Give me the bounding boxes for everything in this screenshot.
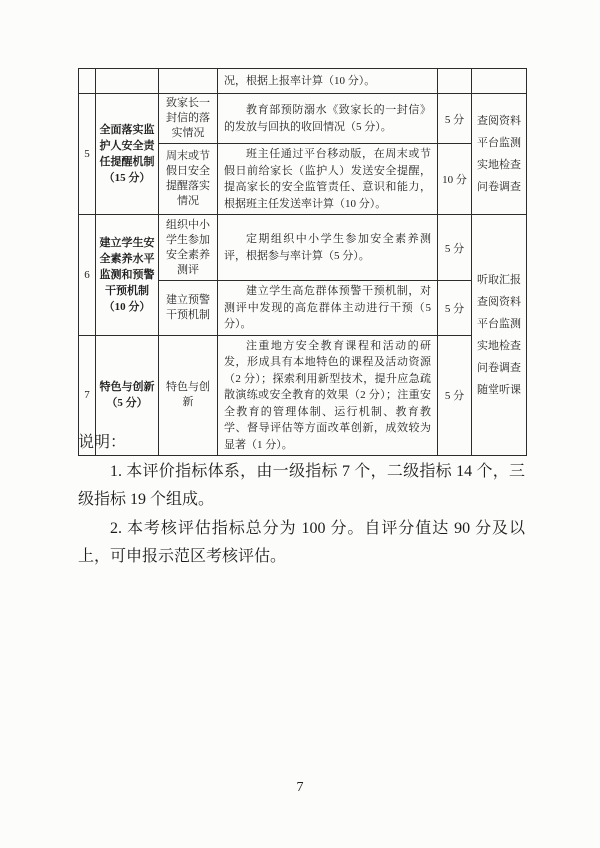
row6-sub1-score: 5 分 bbox=[438, 215, 472, 281]
row6-sub2-description: 建立学生高危群体预警干预机制，对测评中发现的高危群体主动进行干预（5 分）。 bbox=[218, 281, 438, 336]
note-item-1: 1. 本评价指标体系，由一级指标 7 个，二级指标 14 个，三级指标 19 个… bbox=[78, 458, 525, 515]
row5-number: 5 bbox=[79, 94, 96, 215]
note-item-2: 2. 本考核评估指标总分为 100 分。自评分值达 90 分及以上，可申报示范区… bbox=[78, 515, 525, 572]
document-page: 况，根据上报率计算（10 分）。 5 全面落实监护人安全责任提醒机制（15 分）… bbox=[0, 0, 600, 848]
row6-sub1-level2-indicator: 组织中小学生参加安全素养测评 bbox=[159, 215, 218, 281]
row6-row7-assessment-method: 听取汇报 查阅资料 平台监测 实地检查 问卷调查 随堂听课 bbox=[472, 215, 527, 456]
row5-sub1-level2-indicator: 致家长一封信的落实情况 bbox=[159, 94, 218, 144]
table-row-5a: 5 全面落实监护人安全责任提醒机制（15 分） 致家长一封信的落实情况 教育部预… bbox=[79, 94, 527, 144]
carryover-method-cell bbox=[472, 69, 527, 94]
row6-number: 6 bbox=[79, 215, 96, 336]
table-row-6a: 6 建立学生安全素养水平监测和预警干预机制（10 分） 组织中小学生参加安全素养… bbox=[79, 215, 527, 281]
row5-level1-indicator: 全面落实监护人安全责任提醒机制（15 分） bbox=[96, 94, 159, 215]
row6-sub1-description: 定期组织中小学生参加安全素养测评，根据参与率计算（5 分）。 bbox=[218, 215, 438, 281]
row5-sub2-description: 班主任通过平台移动版，在周末或节假日前给家长（监护人）发送安全提醒，提高家长的安… bbox=[218, 144, 438, 215]
row6-level1-indicator: 建立学生安全素养水平监测和预警干预机制（10 分） bbox=[96, 215, 159, 336]
carryover-score-cell bbox=[438, 69, 472, 94]
row5-sub1-description: 教育部预防溺水《致家长的一封信》的发放与回执的收回情况（5 分）。 bbox=[218, 94, 438, 144]
carryover-level2-cell bbox=[159, 69, 218, 94]
notes-section: 说明： 1. 本评价指标体系，由一级指标 7 个，二级指标 14 个，三级指标 … bbox=[78, 429, 525, 572]
row6-sub2-level2-indicator: 建立预警干预机制 bbox=[159, 281, 218, 336]
row5-sub2-score: 10 分 bbox=[438, 144, 472, 215]
page-number: 7 bbox=[0, 780, 600, 796]
table-row-carryover: 况，根据上报率计算（10 分）。 bbox=[79, 69, 527, 94]
row6-sub2-score: 5 分 bbox=[438, 281, 472, 336]
notes-heading: 说明： bbox=[78, 429, 525, 458]
row5-sub1-score: 5 分 bbox=[438, 94, 472, 144]
carryover-number-cell bbox=[79, 69, 96, 94]
row5-sub2-level2-indicator: 周末或节假日安全提醒落实情况 bbox=[159, 144, 218, 215]
carryover-description: 况，根据上报率计算（10 分）。 bbox=[218, 69, 438, 94]
carryover-level1-cell bbox=[96, 69, 159, 94]
row5-assessment-method: 查阅资料 平台监测 实地检查 问卷调查 bbox=[472, 94, 527, 215]
evaluation-criteria-table: 况，根据上报率计算（10 分）。 5 全面落实监护人安全责任提醒机制（15 分）… bbox=[78, 68, 527, 456]
